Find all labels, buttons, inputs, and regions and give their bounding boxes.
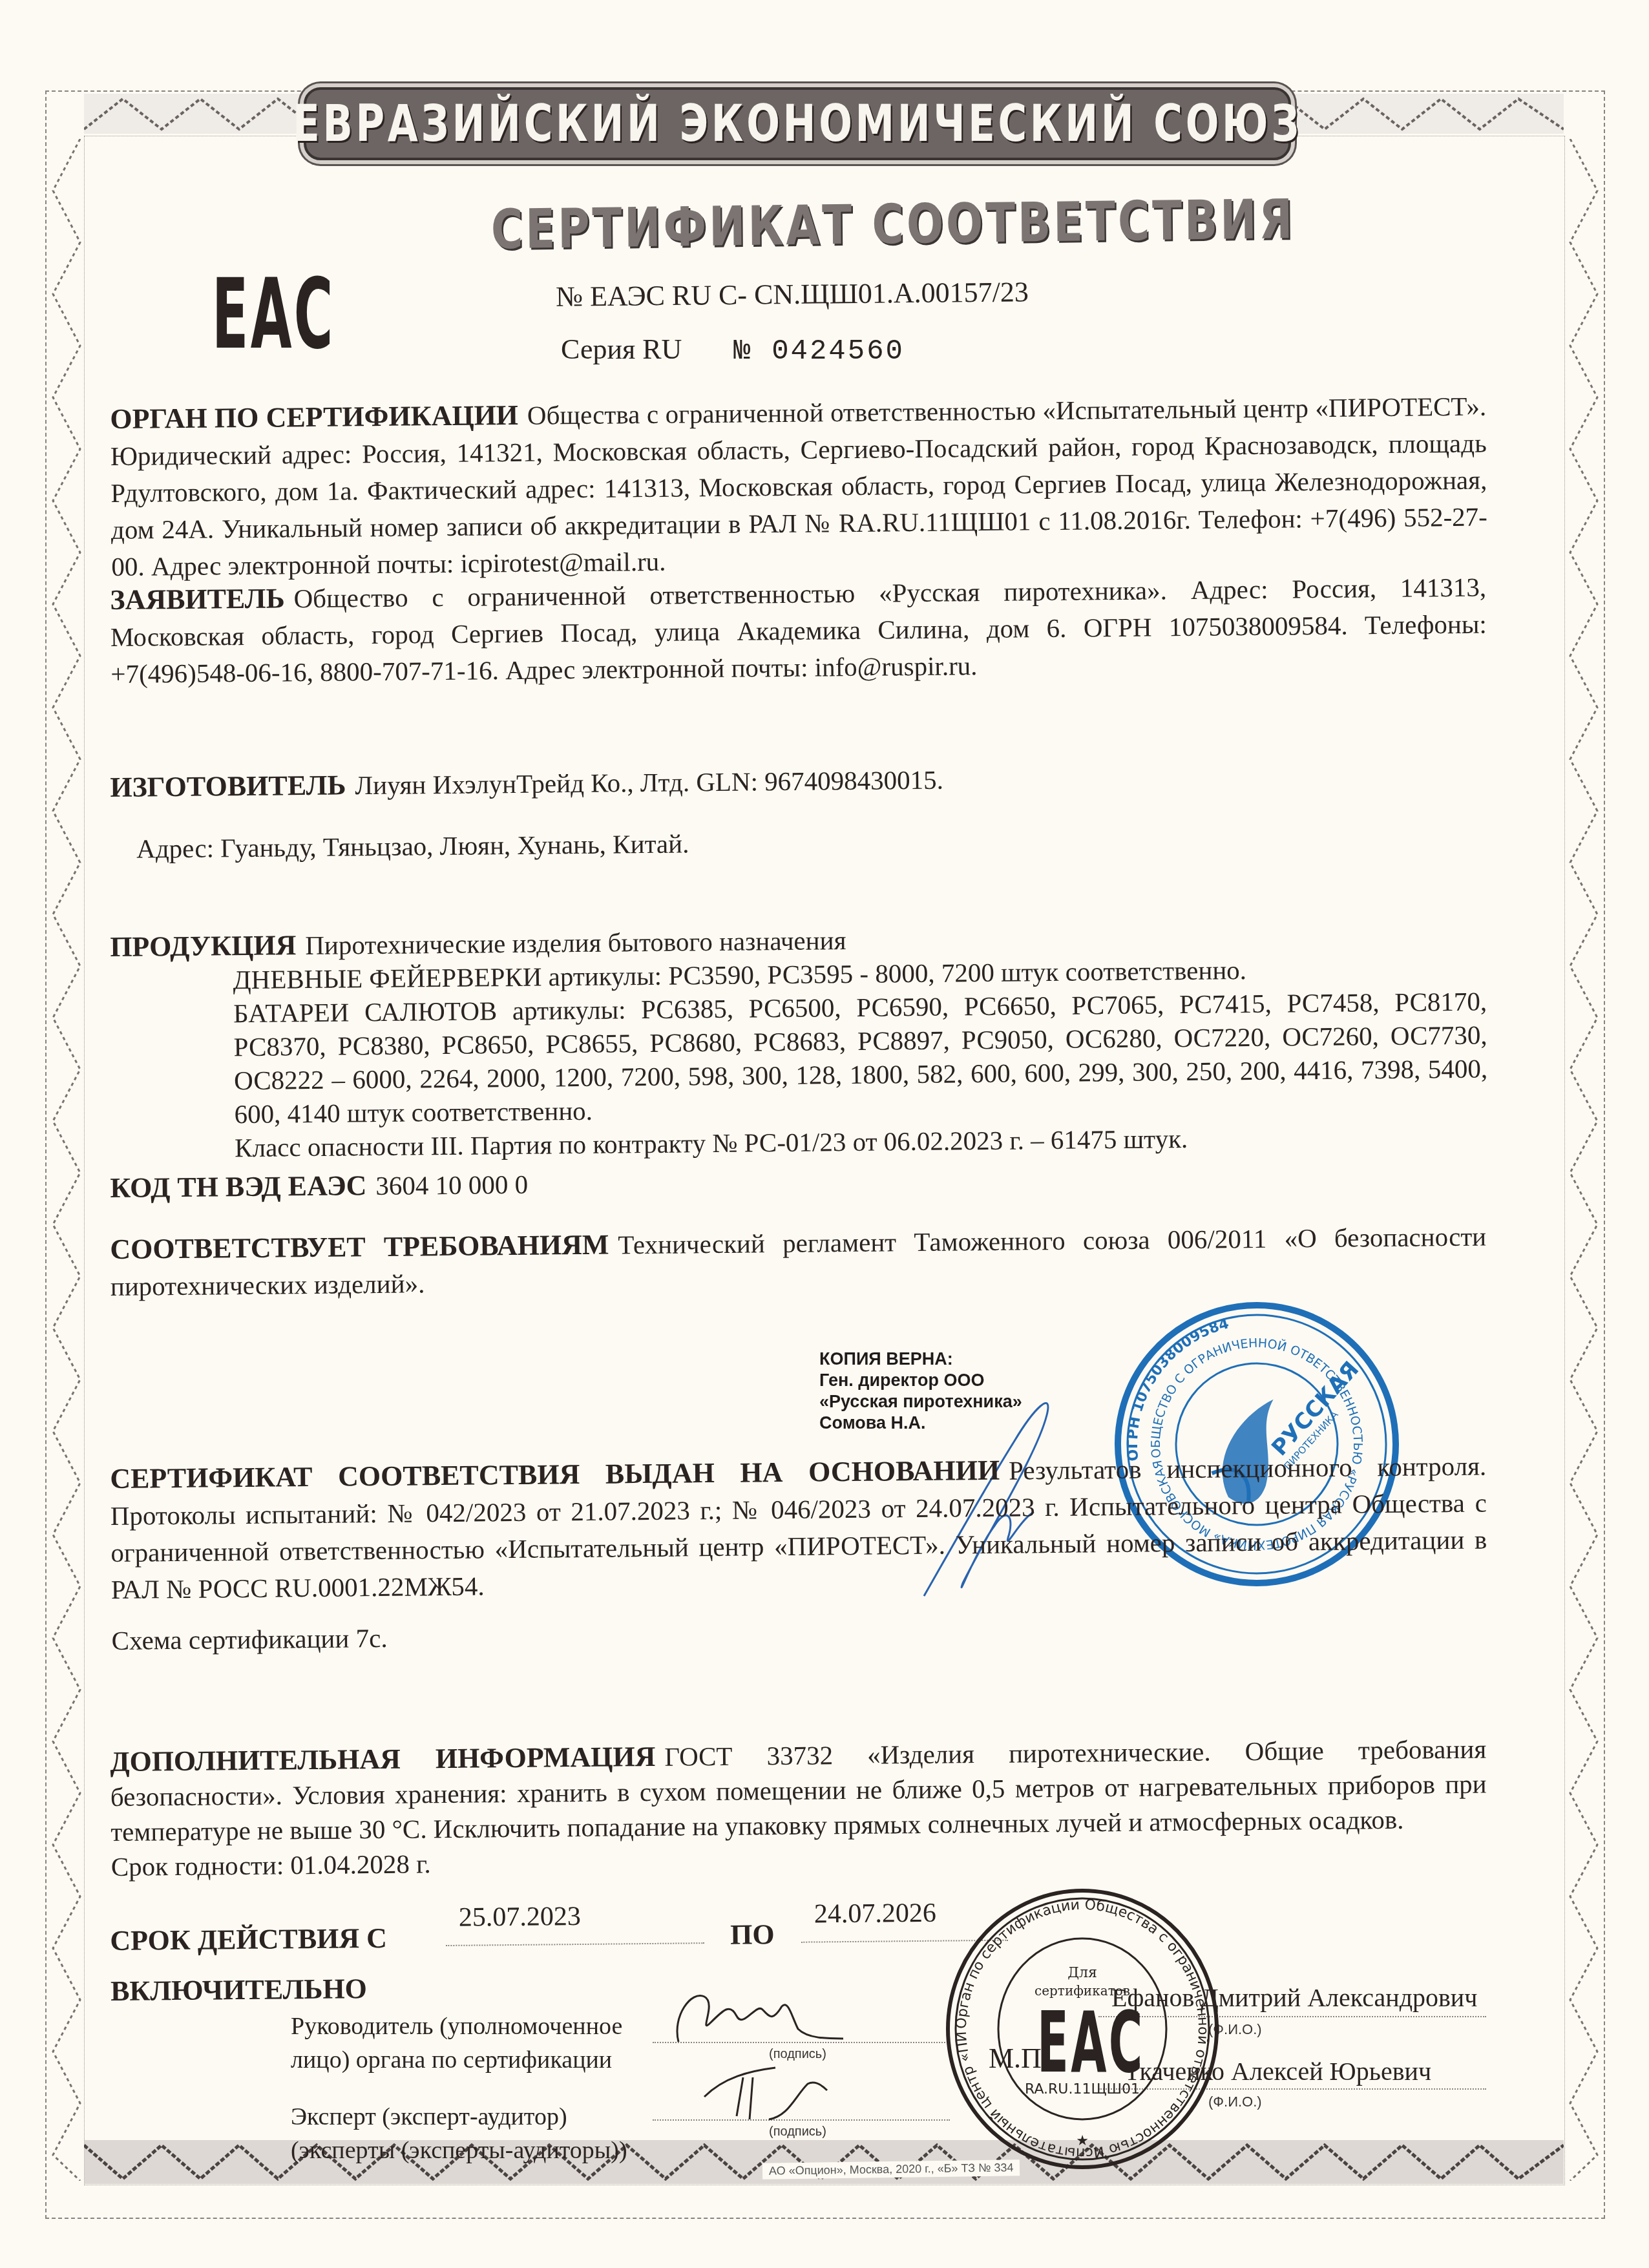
- validity-to-date: 24.07.2026: [814, 1895, 937, 1933]
- applicant-text: Общество с ограниченной ответственностью…: [110, 572, 1487, 689]
- tn-ved-value: 3604 10 000 0: [375, 1170, 528, 1201]
- requirements-section: СООТВЕТСТВУЕТ ТРЕБОВАНИЯМТехнический рег…: [110, 1218, 1487, 1305]
- tn-ved-label: КОД ТН ВЭД ЕАЭС: [110, 1170, 367, 1204]
- series-line: Серия RU№ 0424560: [561, 333, 905, 368]
- seal-eac-mark-icon: EAC: [1037, 1993, 1145, 2092]
- applicant-section: ЗАЯВИТЕЛЬОбщество с ограниченной ответст…: [110, 569, 1487, 693]
- expert-role: Эксперт (эксперт-аудитор) (эксперты (экс…: [291, 2100, 627, 2167]
- certification-body-section: ОРГАН ПО СЕРТИФИКАЦИИОбщества с ограниче…: [110, 388, 1488, 585]
- basis-label: СЕРТИФИКАТ СООТВЕТСТВИЯ ВЫДАН НА ОСНОВАН…: [110, 1454, 1000, 1495]
- head-signature: [659, 1977, 846, 2055]
- validity-to-label: ПО: [730, 1916, 775, 1953]
- union-banner: ЕВРАЗИЙСКИЙ ЭКОНОМИЧЕСКИЙ СОЮЗ: [304, 87, 1291, 160]
- ornament-right: [1565, 139, 1601, 2181]
- head-role-line: лицо) органа по сертификации: [291, 2043, 622, 2077]
- series-number: № 0424560: [733, 335, 905, 368]
- expert-signature: [691, 2058, 840, 2129]
- manufacturer-name: Лиуян ИхэлунТрейд Ко., Лтд. GLN: 9674098…: [355, 765, 943, 801]
- copy-note-line: КОПИЯ ВЕРНА:: [819, 1349, 1022, 1370]
- certificate-document: ЕВРАЗИЙСКИЙ ЭКОНОМИЧЕСКИЙ СОЮЗ СЕРТИФИКА…: [0, 0, 1649, 2268]
- validity-from-date: 25.07.2023: [459, 1898, 582, 1937]
- manufacturer-label: ИЗГОТОВИТЕЛЬ: [110, 769, 346, 803]
- applicant-label: ЗАЯВИТЕЛЬ: [110, 582, 285, 616]
- validity-from-label: СРОК ДЕЙСТВИЯ С: [110, 1922, 387, 1957]
- basis-section: СЕРТИФИКАТ СООТВЕТСТВИЯ ВЫДАН НА ОСНОВАН…: [110, 1447, 1488, 1659]
- product-section: ПРОДУКЦИЯПиротехнические изделия бытовог…: [110, 918, 1488, 1166]
- additional-info-label: ДОПОЛНИТЕЛЬНАЯ ИНФОРМАЦИЯ: [110, 1741, 656, 1778]
- product-batteries: БАТАРЕИ САЛЮТОВ артикулы: РС6385, РС6500…: [110, 985, 1488, 1132]
- union-title: ЕВРАЗИЙСКИЙ ЭКОНОМИЧЕСКИЙ СОЮЗ: [293, 95, 1302, 153]
- certification-body-label: ОРГАН ПО СЕРТИФИКАЦИИ: [110, 399, 518, 435]
- registration-number: № ЕАЭС RU C- CN.ЩШ01.А.00157/23: [556, 275, 1029, 313]
- head-role: Руководитель (уполномоченное лицо) орган…: [291, 2010, 622, 2077]
- expert-role-line: Эксперт (эксперт-аудитор): [291, 2100, 627, 2134]
- product-label: ПРОДУКЦИЯ: [110, 929, 297, 963]
- manufacturer-section: ИЗГОТОВИТЕЛЬЛиуян ИхэлунТрейд Ко., Лтд. …: [110, 756, 1487, 868]
- eac-mark-icon: EAC: [212, 258, 335, 371]
- certificate-title: СЕРТИФИКАТ СООТВЕТСТВИЯ: [491, 190, 1112, 262]
- copy-note-line: Ген. директор ООО: [819, 1370, 1022, 1391]
- head-role-line: Руководитель (уполномоченное: [291, 2010, 622, 2043]
- series-label: Серия RU: [561, 333, 682, 365]
- svg-text:★: ★: [1076, 2132, 1089, 2148]
- expert-role-line: (эксперты (эксперты-аудиторы)): [291, 2134, 627, 2167]
- additional-info-section: ДОПОЛНИТЕЛЬНАЯ ИНФОРМАЦИЯГОСТ 33732 «Изд…: [110, 1732, 1487, 1884]
- svg-text:Для: Для: [1067, 1965, 1097, 1981]
- ornament-left: [48, 139, 84, 2181]
- seal-place-label: М.П.: [989, 2042, 1049, 2075]
- product-intro: Пиротехнические изделия бытового назначе…: [305, 925, 846, 960]
- requirements-label: СООТВЕТСТВУЕТ ТРЕБОВАНИЯМ: [110, 1229, 609, 1265]
